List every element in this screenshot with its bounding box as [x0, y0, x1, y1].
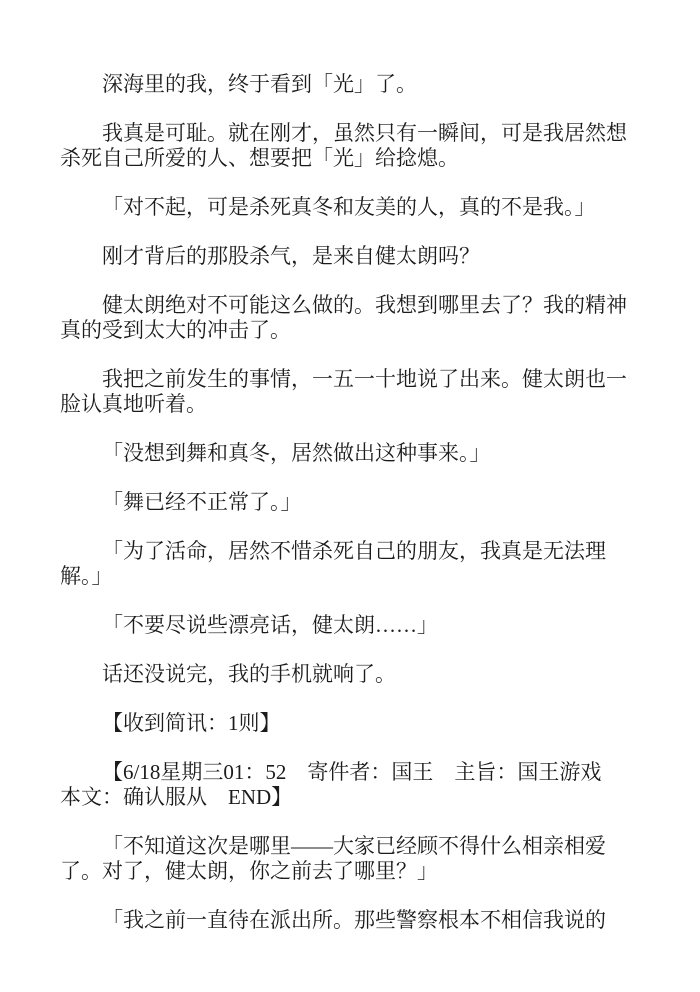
paragraph: 健太朗绝对不可能这么做的。我想到哪里去了？我的精神真的受到太大的冲击了。 — [60, 293, 640, 343]
paragraph: 刚才背后的那股杀气，是来自健太朗吗？ — [60, 244, 640, 269]
paragraph: 「不要尽说些漂亮话，健太朗……」 — [60, 613, 640, 638]
paragraph: 「我之前一直待在派出所。那些警察根本不相信我说的 — [60, 908, 640, 933]
paragraph: 【6/18星期三01：52 寄件者：国王 主旨：国王游戏 本文：确认服从 END… — [60, 760, 640, 810]
paragraph: 「对不起，可是杀死真冬和友美的人，真的不是我。」 — [60, 195, 640, 220]
page-text: 深海里的我，终于看到「光」了。我真是可耻。就在刚才，虽然只有一瞬间，可是我居然想… — [60, 72, 640, 957]
paragraph: 「不知道这次是哪里——大家已经顾不得什么相亲相爱了。对了，健太朗，你之前去了哪里… — [60, 834, 640, 884]
paragraph: 「舞已经不正常了。」 — [60, 490, 640, 515]
paragraph: 我把之前发生的事情，一五一十地说了出来。健太朗也一脸认真地听着。 — [60, 367, 640, 417]
paragraph: 深海里的我，终于看到「光」了。 — [60, 72, 640, 97]
paragraph: 我真是可耻。就在刚才，虽然只有一瞬间，可是我居然想杀死自己所爱的人、想要把「光」… — [60, 121, 640, 171]
paragraph: 话还没说完，我的手机就响了。 — [60, 662, 640, 687]
paragraph: 「为了活命，居然不惜杀死自己的朋友，我真是无法理解。」 — [60, 539, 640, 589]
book-page: 深海里的我，终于看到「光」了。我真是可耻。就在刚才，虽然只有一瞬间，可是我居然想… — [0, 0, 700, 992]
paragraph: 「没想到舞和真冬，居然做出这种事来。」 — [60, 441, 640, 466]
paragraph: 【收到简讯：1则】 — [60, 711, 640, 736]
